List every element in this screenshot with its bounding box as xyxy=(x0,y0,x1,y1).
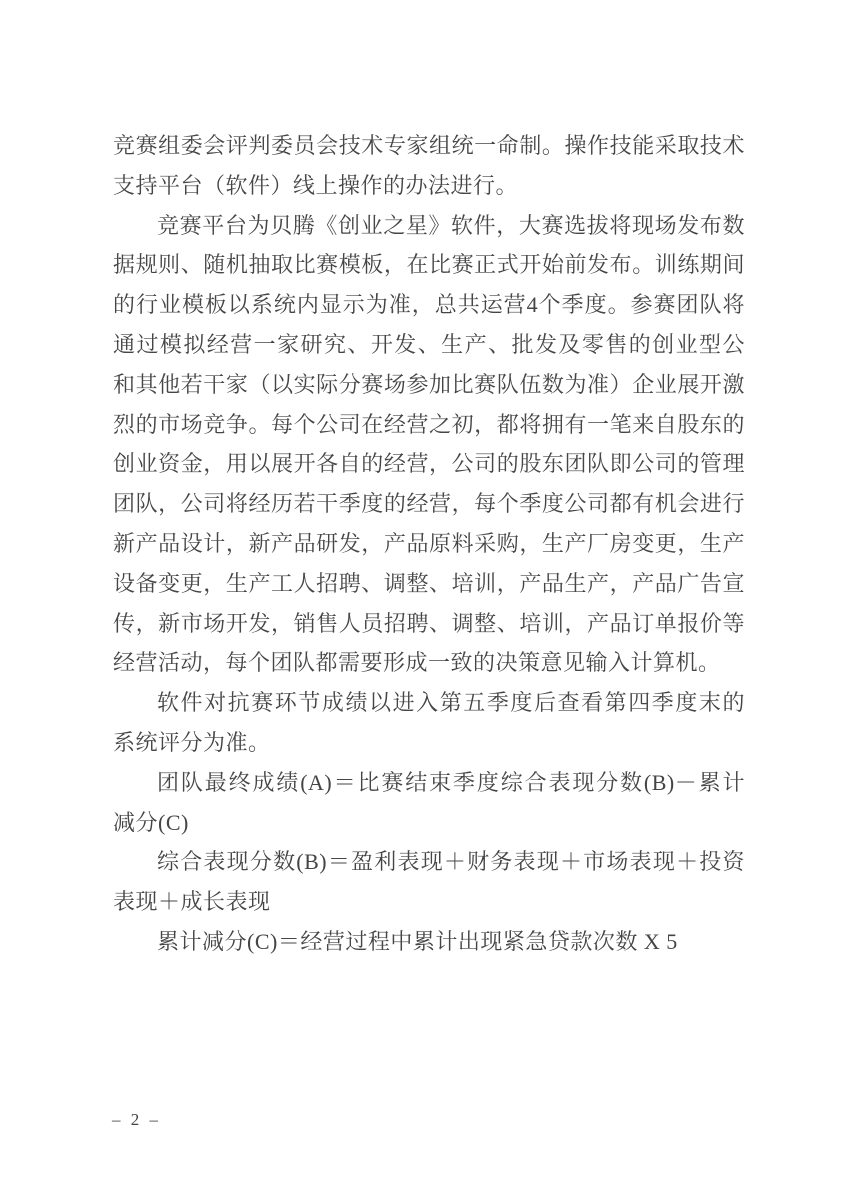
document-page: 竞赛组委会评判委员会技术专家组统一命制。操作技能采取技术 支持平台（软件）线上操… xyxy=(0,0,848,1200)
text-line: 软件对抗赛环节成绩以进入第五季度后查看第四季度末的 xyxy=(113,683,745,723)
text-line: 和其他若干家（以实际分赛场参加比赛队伍数为准）企业展开激 xyxy=(113,365,745,405)
text-line: 竞赛组委会评判委员会技术专家组统一命制。操作技能采取技术 xyxy=(113,126,745,166)
text-line: 通过模拟经营一家研究、开发、生产、批发及零售的创业型公司， xyxy=(113,325,745,365)
text-line: 支持平台（软件）线上操作的办法进行。 xyxy=(113,166,745,206)
text-line: 据规则、随机抽取比赛模板，在比赛正式开始前发布。训练期间 xyxy=(113,245,745,285)
text-line: 表现＋成长表现 xyxy=(113,882,745,922)
text-line: 累计减分(C)＝经营过程中累计出现紧急贷款次数 X 5 xyxy=(113,922,745,962)
text-line: 创业资金，用以展开各自的经营，公司的股东团队即公司的管理 xyxy=(113,444,745,484)
text-line: 传，新市场开发，销售人员招聘、调整、培训，产品订单报价等 xyxy=(113,604,745,644)
text-line: 烈的市场竞争。每个公司在经营之初，都将拥有一笔来自股东的 xyxy=(113,405,745,445)
text-line: 竞赛平台为贝腾《创业之星》软件，大赛选拔将现场发布数 xyxy=(113,206,745,246)
text-line: 的行业模板以系统内显示为准，总共运营4个季度。参赛团队将 xyxy=(113,285,745,325)
text-line: 设备变更，生产工人招聘、调整、培训，产品生产，产品广告宣 xyxy=(113,564,745,604)
text-line: 新产品设计，新产品研发，产品原料采购，生产厂房变更，生产 xyxy=(113,524,745,564)
text-line: 团队最终成绩(A)＝比赛结束季度综合表现分数(B)－累计 xyxy=(113,763,745,803)
text-line: 团队，公司将经历若干季度的经营，每个季度公司都有机会进行 xyxy=(113,484,745,524)
text-line: 减分(C) xyxy=(113,803,745,843)
text-line: 系统评分为准。 xyxy=(113,723,745,763)
page-number: – 2 – xyxy=(112,1108,161,1132)
text-line: 经营活动，每个团队都需要形成一致的决策意见输入计算机。 xyxy=(113,643,745,683)
text-line: 综合表现分数(B)＝盈利表现＋财务表现＋市场表现＋投资 xyxy=(113,842,745,882)
document-body: 竞赛组委会评判委员会技术专家组统一命制。操作技能采取技术 支持平台（软件）线上操… xyxy=(113,126,745,962)
